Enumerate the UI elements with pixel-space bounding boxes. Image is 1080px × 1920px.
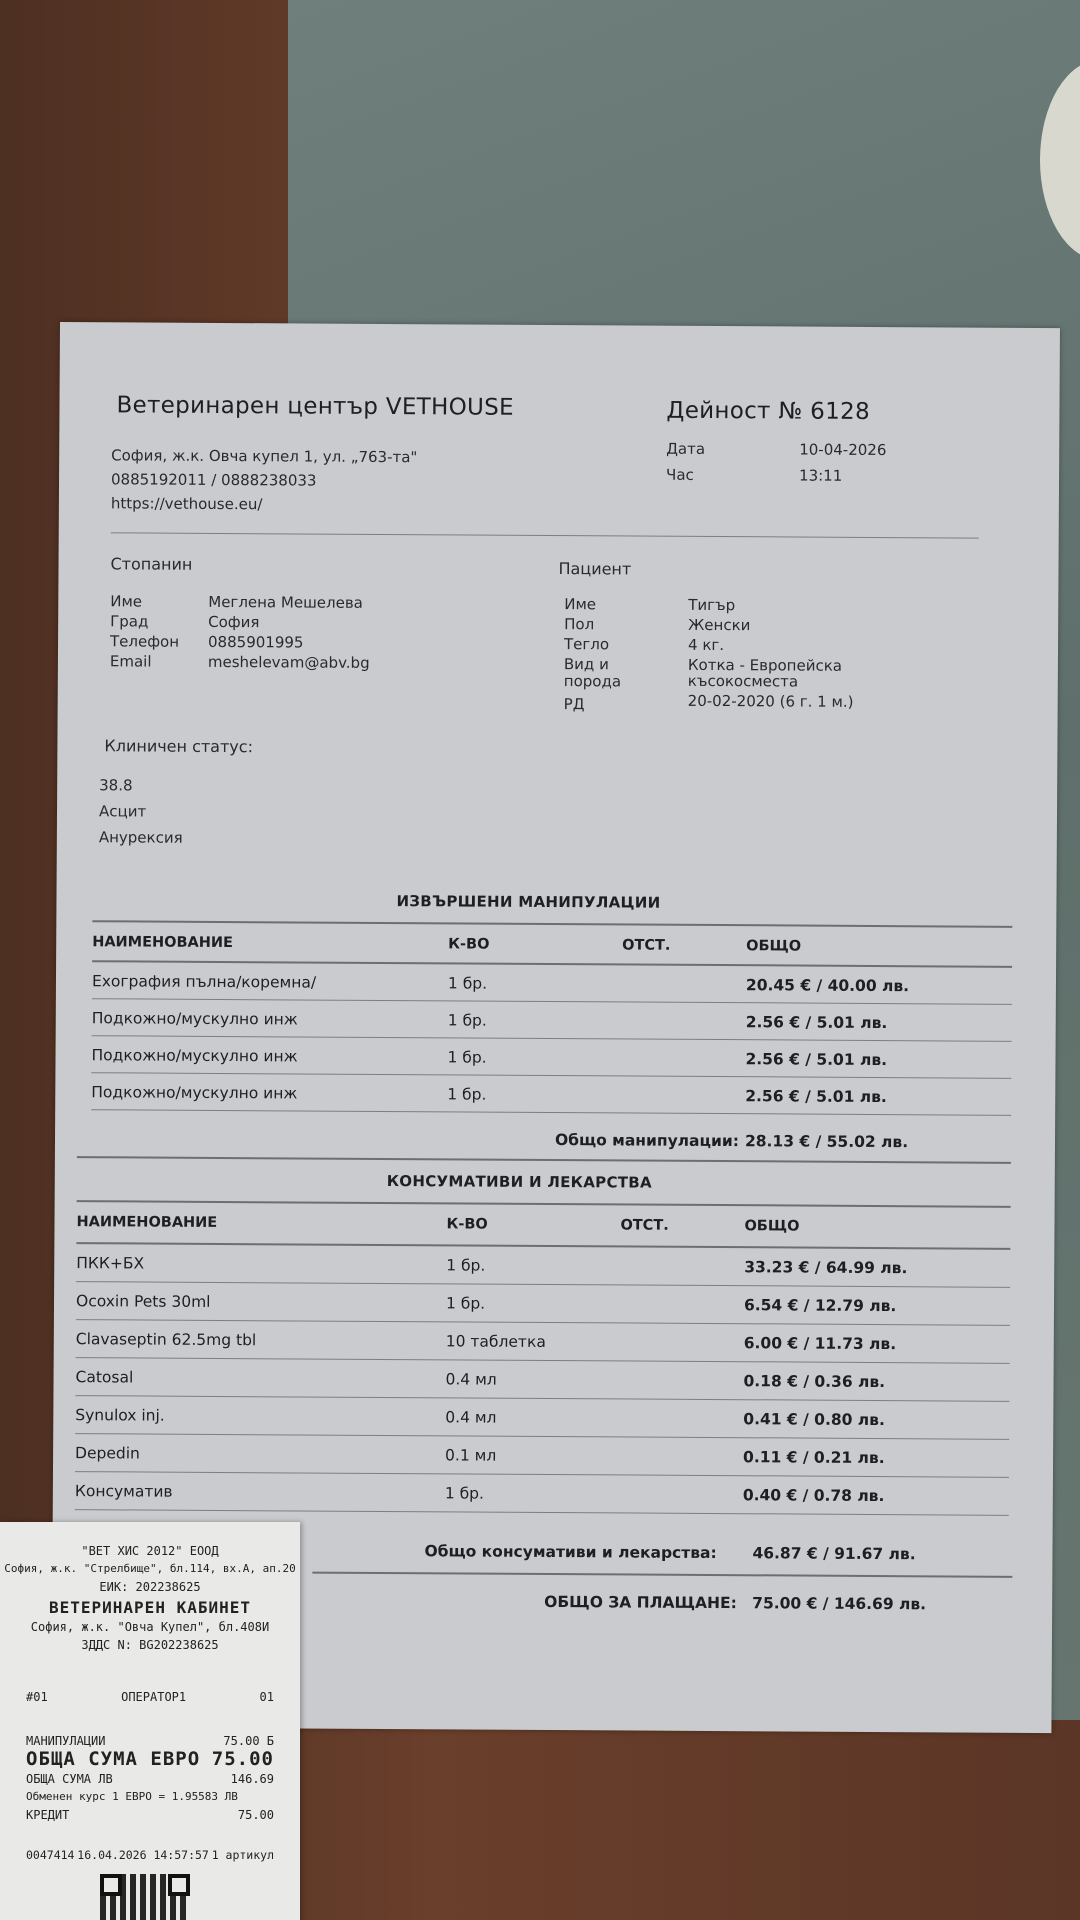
- patient-weight-value: 4 кг.: [688, 636, 724, 654]
- row-total: 6.54 € / 12.79 лв.: [744, 1296, 896, 1315]
- patient-weight-label: Тегло: [564, 635, 609, 653]
- row-total: 0.18 € / 0.36 лв.: [743, 1372, 885, 1391]
- patient-breed-label-1: Вид и: [564, 655, 609, 673]
- receipt-register: #01: [26, 1690, 48, 1704]
- receipt-articles: 1 артикул: [212, 1848, 274, 1862]
- owner-city-label: Град: [110, 612, 148, 630]
- row-qty: 10 таблетка: [446, 1332, 546, 1351]
- row-total: 2.56 € / 5.01 лв.: [745, 1050, 887, 1069]
- row-total: 33.23 € / 64.99 лв.: [744, 1258, 907, 1277]
- receipt-line-item-label: МАНИПУЛАЦИИ: [26, 1734, 105, 1748]
- receipt-operator-row: #01 ОПЕРАТОР1 01: [26, 1690, 274, 1704]
- receipt-shop-address: София, ж.к. "Овча Купел", бл.408И: [0, 1620, 300, 1634]
- receipt-line-item-value: 75.00 Б: [223, 1734, 274, 1748]
- manipulations-subtotal-label: Общо манипулации:: [555, 1131, 739, 1150]
- consumables-subtotal-label: Общо консумативи и лекарства:: [424, 1542, 716, 1562]
- row-qty: 0.1 мл: [445, 1446, 496, 1464]
- col-total-header: ОБЩО: [746, 938, 801, 954]
- clinical-status-item: Анурексия: [99, 828, 183, 847]
- fiscal-receipt: "ВЕТ ХИС 2012" ЕООД София, ж.к. "Стрелби…: [0, 1522, 300, 1920]
- row-total: 2.56 € / 5.01 лв.: [745, 1087, 887, 1106]
- receipt-total-eur-label: ОБЩА СУМА ЕВРО: [26, 1748, 200, 1770]
- row-divider: [76, 1319, 1010, 1326]
- manipulations-subtotal-value: 28.13 € / 55.02 лв.: [745, 1132, 908, 1151]
- time-label: Час: [666, 466, 694, 484]
- receipt-payment: КРЕДИТ 75.00: [26, 1808, 274, 1822]
- receipt-exchange-rate-text: Обменен курс 1 ЕВРО = 1.95583 ЛВ: [26, 1790, 238, 1803]
- divider: [77, 1200, 1011, 1208]
- col-name-header: НАИМЕНОВАНИЕ: [76, 1214, 217, 1231]
- row-name: Clavaseptin 62.5mg tbl: [76, 1330, 257, 1349]
- receipt-total-bgn-value: 146.69: [231, 1772, 274, 1786]
- row-qty: 1 бр.: [448, 1011, 487, 1029]
- owner-name-value: Меглена Мешелева: [208, 593, 363, 612]
- owner-phone-label: Телефон: [110, 632, 179, 650]
- receipt-vat: ЗДДС N: BG202238625: [0, 1638, 300, 1652]
- row-name: Ехография пълна/коремна/: [92, 972, 316, 991]
- row-qty: 1 бр.: [448, 974, 487, 992]
- receipt-footer: 0047414 16.04.2026 14:57:57 1 артикул: [26, 1848, 274, 1862]
- clinic-address: София, ж.к. Овча купел 1, ул. „763-та": [111, 446, 417, 466]
- date-label: Дата: [666, 440, 705, 458]
- row-name: Synulox inj.: [75, 1406, 165, 1425]
- row-divider: [91, 1072, 1011, 1079]
- divider: [111, 532, 979, 538]
- owner-heading: Стопанин: [110, 554, 192, 573]
- row-total: 6.00 € / 11.73 лв.: [744, 1334, 896, 1353]
- row-name: Подкожно/мускулно инж: [91, 1046, 297, 1065]
- consumables-subtotal-value: 46.87 € / 91.67 лв.: [752, 1544, 915, 1563]
- row-qty: 0.4 мл: [445, 1370, 496, 1388]
- receipt-operator: ОПЕРАТОР1: [121, 1690, 186, 1704]
- patient-sex-value: Женски: [688, 616, 750, 634]
- row-divider: [91, 1109, 1011, 1116]
- receipt-line-item: МАНИПУЛАЦИИ 75.00 Б: [26, 1734, 274, 1748]
- col-discount-header: ОТСТ.: [622, 937, 670, 953]
- row-divider: [92, 1035, 1012, 1042]
- clinical-status-heading: Клиничен статус:: [104, 736, 253, 756]
- row-name: Подкожно/мускулно инж: [92, 1009, 298, 1028]
- activity-number: Дейност № 6128: [666, 398, 870, 425]
- col-qty-header: К-ВО: [446, 1216, 487, 1232]
- clinic-name: Ветеринарен център VETHOUSE: [116, 392, 514, 420]
- row-divider: [92, 998, 1012, 1005]
- receipt-eik: ЕИК: 202238625: [0, 1580, 300, 1594]
- clinic-phones: 0885192011 / 0888238033: [111, 470, 317, 489]
- row-divider: [76, 1357, 1010, 1364]
- manipulations-title: ИЗВЪРШЕНИ МАНИПУЛАЦИИ: [396, 892, 660, 912]
- receipt-payment-label: КРЕДИТ: [26, 1808, 69, 1822]
- row-total: 0.40 € / 0.78 лв.: [743, 1486, 885, 1505]
- receipt-total-bgn: ОБЩА СУМА ЛВ 146.69: [26, 1772, 274, 1786]
- grand-total-value: 75.00 € / 146.69 лв.: [752, 1594, 926, 1613]
- row-divider: [75, 1471, 1009, 1478]
- divider: [77, 1156, 1011, 1164]
- patient-birthdate-value: 20-02-2020 (6 г. 1 м.): [688, 692, 854, 711]
- consumables-title: КОНСУМАТИВИ И ЛЕКАРСТВА: [387, 1172, 652, 1192]
- row-total: 0.11 € / 0.21 лв.: [743, 1448, 885, 1467]
- receipt-shop-name: ВЕТЕРИНАРЕН КАБИНЕТ: [0, 1598, 300, 1617]
- col-discount-header: ОТСТ.: [620, 1217, 668, 1233]
- owner-email-label: Email: [110, 652, 152, 670]
- row-name: Ocoxin Pets 30ml: [76, 1292, 211, 1311]
- qr-finder-icon: [100, 1874, 122, 1896]
- row-divider: [76, 1281, 1010, 1288]
- divider: [76, 1242, 1010, 1250]
- row-qty: 1 бр.: [447, 1048, 486, 1066]
- col-total-header: ОБЩО: [744, 1218, 799, 1234]
- date-value: 10-04-2026: [799, 441, 886, 460]
- receipt-total-eur: ОБЩА СУМА ЕВРО 75.00: [26, 1748, 274, 1770]
- time-value: 13:11: [799, 467, 842, 485]
- divider: [92, 960, 1012, 968]
- patient-sex-label: Пол: [564, 615, 594, 633]
- receipt-company: "ВЕТ ХИС 2012" ЕООД: [0, 1544, 300, 1558]
- receipt-datetime: 16.04.2026 14:57:57: [77, 1848, 209, 1862]
- patient-name-label: Име: [564, 595, 596, 613]
- patient-heading: Пациент: [558, 559, 631, 578]
- patient-name-value: Тигър: [688, 596, 735, 614]
- receipt-company-address: София, ж.к. "Стрелбище", бл.114, вх.А, а…: [0, 1562, 300, 1575]
- patient-breed-label-2: порода: [564, 672, 621, 690]
- owner-email-value: meshelevam@abv.bg: [208, 653, 370, 672]
- row-qty: 0.4 мл: [445, 1408, 496, 1426]
- row-total: 20.45 € / 40.00 лв.: [746, 976, 909, 995]
- divider: [92, 920, 1012, 928]
- owner-phone-value: 0885901995: [208, 633, 304, 652]
- qr-finder-icon: [168, 1874, 190, 1896]
- row-divider: [75, 1395, 1009, 1402]
- row-divider: [75, 1509, 1009, 1516]
- receipt-total-bgn-label: ОБЩА СУМА ЛВ: [26, 1772, 113, 1786]
- owner-name-label: Име: [110, 592, 142, 610]
- row-name: Depedin: [75, 1444, 140, 1462]
- clinical-status-item: Асцит: [99, 802, 146, 820]
- row-name: ПКК+БХ: [76, 1254, 144, 1272]
- divider: [312, 1572, 1012, 1578]
- clinical-status-item: 38.8: [99, 776, 133, 794]
- row-name: Подкожно/мускулно инж: [91, 1083, 297, 1102]
- row-total: 0.41 € / 0.80 лв.: [743, 1410, 885, 1429]
- row-qty: 1 бр.: [447, 1085, 486, 1103]
- row-qty: 1 бр.: [446, 1294, 485, 1312]
- receipt-operator-no: 01: [260, 1690, 274, 1704]
- grand-total-label: ОБЩО ЗА ПЛАЩАНЕ:: [544, 1593, 737, 1612]
- receipt-payment-value: 75.00: [238, 1808, 274, 1822]
- row-total: 2.56 € / 5.01 лв.: [746, 1013, 888, 1032]
- owner-city-value: София: [208, 613, 259, 631]
- row-divider: [75, 1433, 1009, 1440]
- row-qty: 1 бр.: [445, 1484, 484, 1502]
- clinic-website[interactable]: https://vethouse.eu/: [111, 494, 263, 513]
- row-name: Catosal: [76, 1368, 134, 1386]
- receipt-total-eur-value: 75.00: [212, 1748, 274, 1770]
- col-name-header: НАИМЕНОВАНИЕ: [92, 934, 233, 951]
- col-qty-header: К-ВО: [448, 936, 489, 952]
- patient-breed-value-2: късокосместа: [688, 672, 798, 691]
- patient-birthdate-label: РД: [564, 695, 585, 713]
- receipt-number: 0047414: [26, 1848, 74, 1862]
- row-name: Консуматив: [75, 1482, 173, 1501]
- receipt-exchange-rate: Обменен курс 1 ЕВРО = 1.95583 ЛВ: [26, 1790, 274, 1803]
- row-qty: 1 бр.: [446, 1256, 485, 1274]
